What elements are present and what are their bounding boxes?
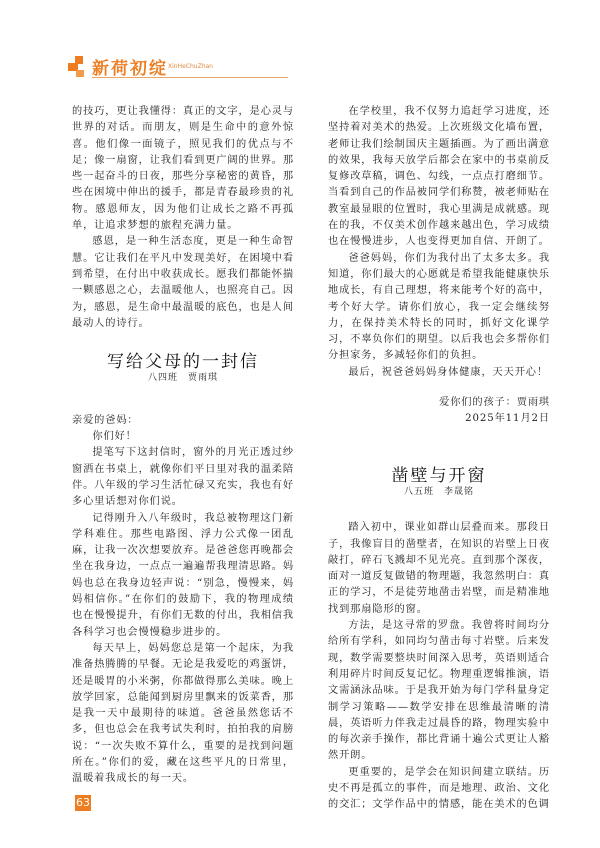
column-title: 新荷初绽 [92, 54, 168, 79]
paragraph: 感恩，是一种生活态度，更是一种生命智慧。它让我们在平凡中发现美好，在困境中看到希… [72, 234, 294, 332]
paragraph: 在学校里，我不仅努力追赶学习进度，还坚持着对美术的热爱。上次班级文化墙布置，老师… [328, 104, 550, 251]
paragraph: 记得刚升入八年级时，我总被物理这门新学科难住。那些电路图、浮力公式像一团乱麻，让… [72, 511, 294, 641]
paragraph: 最后，祝爸爸妈妈身体健康，天天开心！ [328, 365, 550, 381]
paragraph: 每天早上，妈妈您总是第一个起床，为我准备热腾腾的早餐。无论是我爱吃的鸡蛋饼，还是… [72, 641, 294, 788]
page-number: 63 [75, 795, 91, 811]
paragraph: 更重要的，是学会在知识间建立联结。历史不再是孤立的事件，而是地理、政治、文化的交… [328, 765, 550, 814]
article-byline: 八四班 贾雨琪 [72, 370, 294, 386]
article-title: 写给父母的一封信 [72, 354, 294, 370]
column-logo-icon [68, 56, 88, 76]
paragraph: 踏入初中，课业如群山层叠而来。那段日子，我像盲目的凿壁者，在知识的岩壁上日夜敲打… [328, 520, 550, 618]
magazine-column-header: 新荷初绽 XinHeChuZhan [68, 54, 288, 80]
right-column: 在学校里，我不仅努力追赶学习进度，还坚持着对美术的热爱。上次班级文化墙布置，老师… [328, 104, 550, 814]
article-byline: 八五班 李晟铭 [328, 484, 550, 500]
paragraph: 方法，是这寻常的罗盘。我曾将时间均分给所有学科，如同均匀凿击每寸岩壁。后来发现，… [328, 618, 550, 765]
left-column: 的技巧，更让我懂得：真正的文字，是心灵与世界的对话。而朋友，则是生命中的意外惊喜… [72, 104, 294, 788]
column-subtitle: XinHeChuZhan [168, 63, 213, 70]
header-divider [92, 77, 288, 78]
letter-salutation: 亲爱的爸妈： [72, 413, 294, 429]
paragraph: 爸爸妈妈，你们为我付出了太多太多。我知道，你们最大的心愿就是希望我能健康快乐地成… [328, 251, 550, 365]
paragraph: 的技巧，更让我懂得：真正的文字，是心灵与世界的对话。而朋友，则是生命中的意外惊喜… [72, 104, 294, 234]
letter-signature: 爱你们的孩子：贾雨琪 [328, 395, 550, 411]
paragraph: 提笔写下这封信时，窗外的月光正透过纱窗洒在书桌上，就像你们平日里对我的温柔陪伴。… [72, 445, 294, 510]
letter-greeting: 你们好！ [72, 429, 294, 445]
letter-date: 2025年11月2日 [328, 411, 550, 427]
article-title: 凿壁与开窗 [328, 468, 550, 484]
